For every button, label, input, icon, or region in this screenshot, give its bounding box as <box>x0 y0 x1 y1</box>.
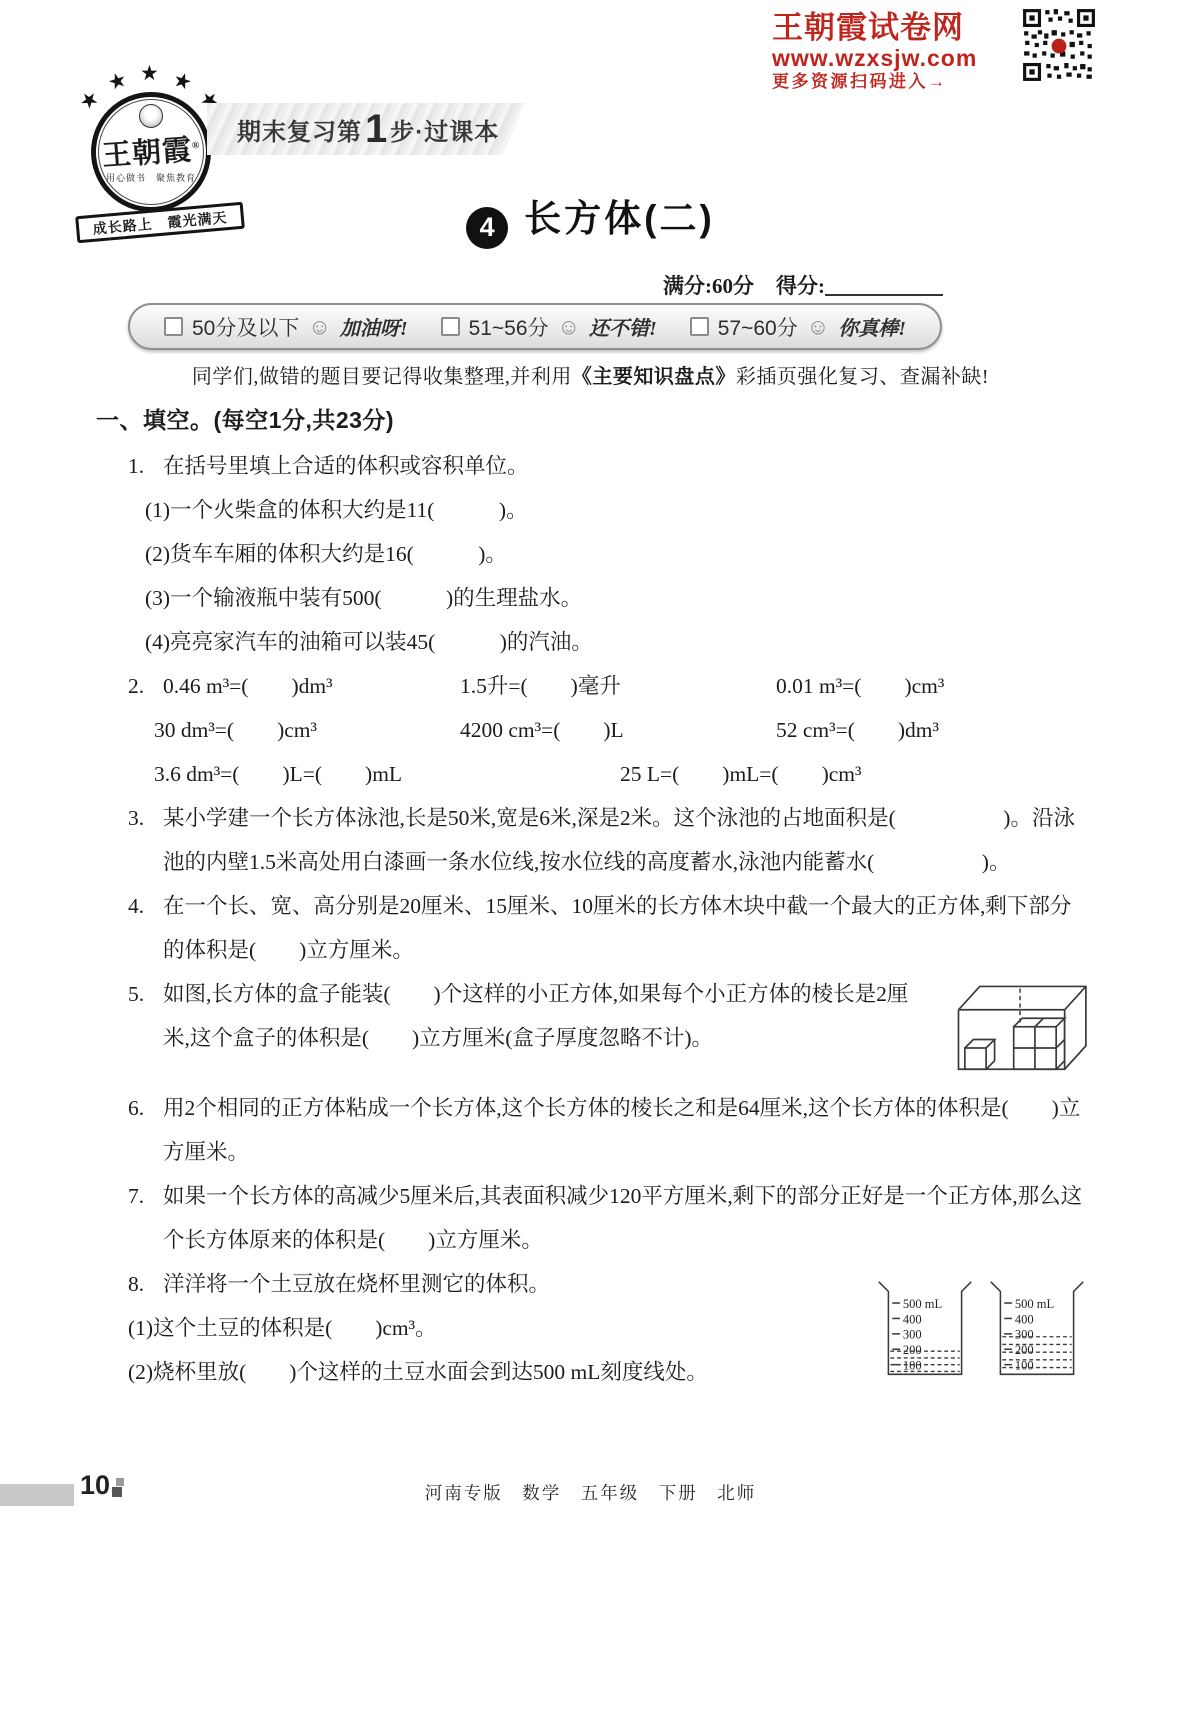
question-2: 2.0.46 m³=( )dm³ 1.5升=( )毫升 0.01 m³=( )c… <box>96 664 1088 796</box>
worksheet-page: 王朝霞试卷网 www.wzxsjw.com 更多资源扫码进入→ ★ ★ ★ ★ … <box>0 0 1181 1730</box>
score-band-comment: 加油呀! <box>340 312 408 341</box>
notice-emphasis: 《主要知识盘点》 <box>572 366 736 388</box>
question-3: 3.某小学建一个长方体泳池,长是50米,宽是6米,深是2米。这个泳池的占地面积是… <box>96 796 1088 884</box>
conversion-cell: 52 cm³=( )dm³ <box>776 708 939 752</box>
site-tagline: 更多资源扫码进入→ <box>772 71 948 93</box>
banner-step-number: 1 <box>365 107 387 152</box>
beaker-tick-label: 100 <box>903 1358 922 1372</box>
banner-prefix: 期末复习第 <box>237 112 362 147</box>
conversion-cell: 3.6 dm³=( )L=( )mL <box>128 752 620 796</box>
question-7: 7.如果一个长方体的高减少5厘米后,其表面积减少120平方厘米,剩下的部分正好是… <box>96 1174 1088 1262</box>
beaker-tick-label: 400 <box>1015 1312 1034 1326</box>
footer-edition-info: 河南专版 数学 五年级 下册 北师 <box>0 1480 1181 1505</box>
question-number: 2. <box>128 664 163 708</box>
lesson-number-badge: 4 <box>466 207 508 249</box>
score-band-low: 50分及以下 ☺ 加油呀! <box>164 312 408 342</box>
beaker-tick-label: 300 <box>1015 1328 1034 1342</box>
score-band-checkbox[interactable] <box>690 317 709 336</box>
site-url: www.wzxsjw.com <box>772 45 977 71</box>
question-text: 在一个长、宽、高分别是20厘米、15厘米、10厘米的长方体木块中截一个最大的正方… <box>163 894 1071 962</box>
banner-suffix: 步·过课本 <box>390 112 499 147</box>
beaker-tick-label: 500 mL <box>903 1297 942 1311</box>
star-icon: ★ <box>76 86 104 114</box>
score-band-range: 51~56分 <box>469 312 549 342</box>
question-number: 1. <box>128 444 163 488</box>
question-1-item: (4)亮亮家汽车的油箱可以装45( )的汽油。 <box>145 620 1088 664</box>
beaker-tick-label: 300 <box>903 1328 922 1342</box>
score-band-mid: 51~56分 ☺ 还不错! <box>441 312 657 342</box>
score-band-high: 57~60分 ☺ 你真棒! <box>690 312 906 342</box>
water-level-lines <box>890 1351 959 1371</box>
question-text: 如图,长方体的盒子能装( )个这样的小正方体,如果每个小正方体的棱长是2厘米,这… <box>163 982 908 1050</box>
question-1-item: (2)货车车厢的体积大约是16( )。 <box>145 532 1088 576</box>
question-1-item: (3)一个输液瓶中装有500( )的生理盐水。 <box>145 576 1088 620</box>
question-4: 4.在一个长、宽、高分别是20厘米、15厘米、10厘米的长方体木块中截一个最大的… <box>96 884 1088 972</box>
beaker-after-figure: 500 mL 400 300 200 100 <box>986 1278 1088 1382</box>
water-level-lines <box>1002 1337 1071 1368</box>
earned-score-label: 得分: <box>776 274 825 298</box>
score-band-range: 57~60分 <box>718 312 798 342</box>
beaker-tick-label: 500 mL <box>1015 1297 1054 1311</box>
notice-post: 彩插页强化复习、查漏补缺! <box>736 366 989 388</box>
section-heading: 一、填空。(每空1分,共23分) <box>96 398 1088 442</box>
question-text: 用2个相同的正方体粘成一个长方体,这个长方体的棱长之和是64厘米,这个长方体的体… <box>163 1096 1080 1164</box>
conversion-cell: 4200 cm³=( )L <box>460 708 776 752</box>
question-1: 1.在括号里填上合适的体积或容积单位。 <box>96 444 1088 488</box>
earned-score-blank[interactable] <box>825 276 943 296</box>
question-text: 如果一个长方体的高减少5厘米后,其表面积减少120平方厘米,剩下的部分正好是一个… <box>163 1184 1082 1252</box>
question-6: 6.用2个相同的正方体粘成一个长方体,这个长方体的棱长之和是64厘米,这个长方体… <box>96 1086 1088 1174</box>
question-1-item: (1)一个火柴盒的体积大约是11( )。 <box>145 488 1088 532</box>
smiley-face-icon: ☺ <box>308 316 330 338</box>
lesson-title-row: 4长方体(二) <box>0 188 1181 249</box>
beaker-tick-label: 200 <box>903 1343 922 1357</box>
conversion-cell: 2.0.46 m³=( )dm³ <box>128 664 460 708</box>
score-band-checkbox[interactable] <box>164 317 183 336</box>
notice-pre: 同学们,做错的题目要记得收集整理,并利用 <box>192 366 572 388</box>
question-area: 一、填空。(每空1分,共23分) 1.在括号里填上合适的体积或容积单位。 (1)… <box>96 398 1088 1394</box>
conversion-cell: 30 dm³=( )cm³ <box>128 708 460 752</box>
question-number: 7. <box>128 1174 163 1218</box>
score-line: 满分:60分得分: <box>663 270 943 300</box>
smiley-face-icon: ☺ <box>558 316 580 338</box>
star-icon: ★ <box>105 69 129 95</box>
smiley-face-icon: ☺ <box>807 316 829 338</box>
beaker-tick-label: 200 <box>1015 1343 1034 1357</box>
score-band-comment: 你真棒! <box>838 312 906 341</box>
score-band-checkbox[interactable] <box>441 317 460 336</box>
question-text: 在括号里填上合适的体积或容积单位。 <box>163 454 529 478</box>
star-icon: ★ <box>170 69 194 95</box>
question-number: 3. <box>128 796 163 840</box>
conversion-cell: 1.5升=( )毫升 <box>460 664 776 708</box>
question-number: 8. <box>128 1262 163 1306</box>
star-icon: ★ <box>140 63 159 84</box>
conversion-row: 3.6 dm³=( )L=( )mL 25 L=( )mL=( )cm³ <box>128 752 1088 796</box>
beaker-before-figure: 500 mL 400 300 200 100 <box>874 1278 976 1382</box>
teacher-notice: 同学们,做错的题目要记得收集整理,并利用《主要知识盘点》彩插页强化复习、查漏补缺… <box>0 360 1181 389</box>
question-text: 洋洋将一个土豆放在烧杯里测它的体积。 <box>163 1272 550 1296</box>
badge-name: 王朝霞® <box>100 127 201 175</box>
conversion-cell: 0.01 m³=( )cm³ <box>776 664 944 708</box>
full-score-label: 满分:60分 <box>663 274 754 298</box>
registered-mark: ® <box>191 140 200 152</box>
question-text: 某小学建一个长方体泳池,长是50米,宽是6米,深是2米。这个泳池的占地面积是( … <box>163 806 1075 874</box>
score-band-comment: 还不错! <box>589 312 657 341</box>
page-title: 长方体(二) <box>524 198 715 239</box>
badge-slogan: 用心做书 聚焦教育 <box>106 171 196 184</box>
conversion-cell: 25 L=( )mL=( )cm³ <box>620 752 861 796</box>
conversion-row: 2.0.46 m³=( )dm³ 1.5升=( )毫升 0.01 m³=( )c… <box>128 664 1088 708</box>
question-number: 6. <box>128 1086 163 1130</box>
question-number: 5. <box>128 972 163 1016</box>
beaker-tick-label: 100 <box>1015 1358 1034 1372</box>
beaker-figures: 500 mL 400 300 200 100 500 mL 400 <box>874 1278 1088 1382</box>
conversion-row: 30 dm³=( )cm³ 4200 cm³=( )L 52 cm³=( )dm… <box>128 708 1088 752</box>
portrait-icon <box>139 104 163 128</box>
site-name: 王朝霞试卷网 <box>772 12 964 45</box>
score-bands-pill: 50分及以下 ☺ 加油呀! 51~56分 ☺ 还不错! 57~60分 ☺ 你真棒… <box>128 303 942 350</box>
score-band-range: 50分及以下 <box>192 312 299 342</box>
question-5: 5.如图,长方体的盒子能装( )个这样的小正方体,如果每个小正方体的棱长是2厘米… <box>96 972 1088 1086</box>
question-8: 500 mL 400 300 200 100 500 mL 400 <box>96 1262 1088 1394</box>
review-step-banner: 期末复习第 1 步·过课本 <box>207 103 525 155</box>
box-with-cubes-figure <box>950 976 1088 1086</box>
qr-code-icon <box>1022 8 1096 82</box>
beaker-tick-label: 400 <box>903 1312 922 1326</box>
question-number: 4. <box>128 884 163 928</box>
